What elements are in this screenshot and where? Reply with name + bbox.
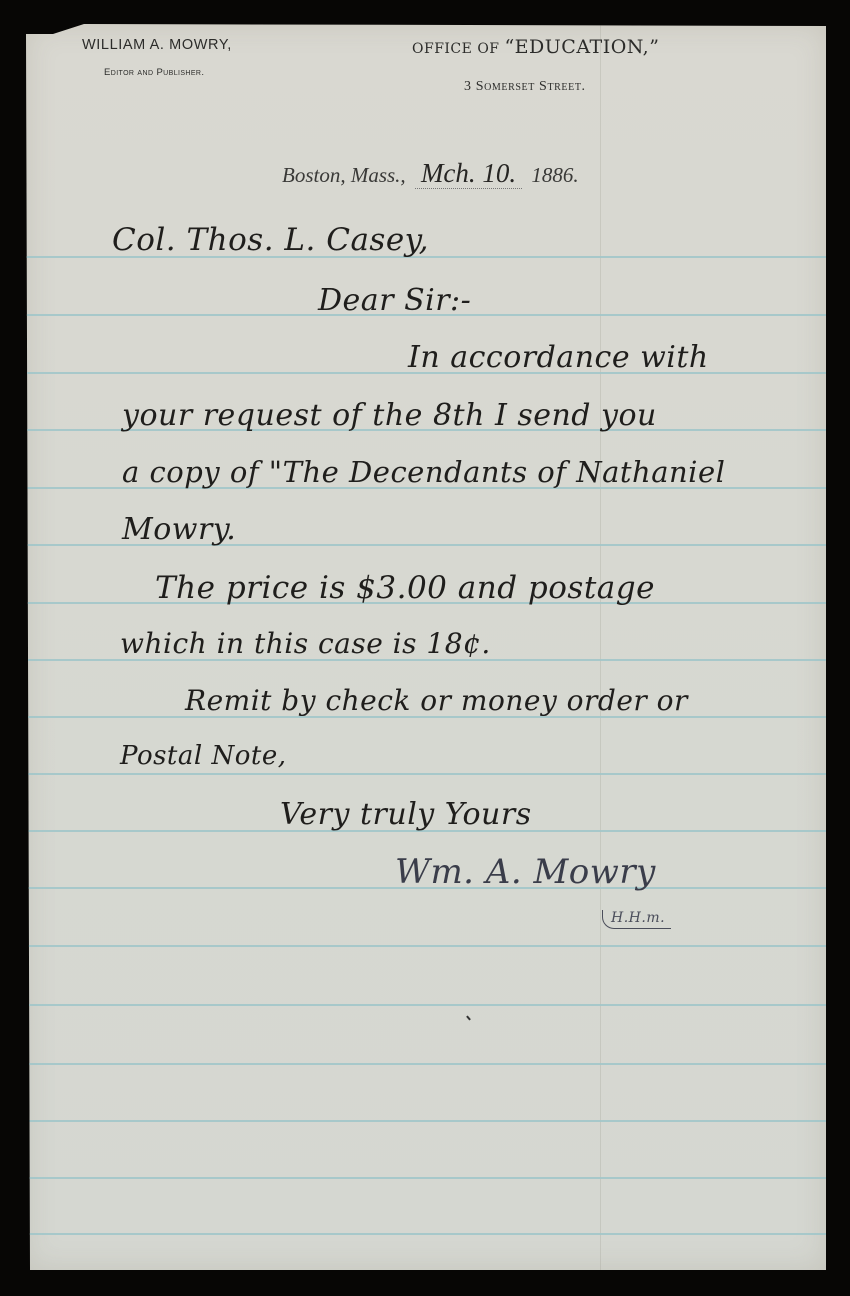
date-place: Boston, Mass., — [282, 163, 406, 187]
ruled-line — [26, 1004, 826, 1006]
ruled-line — [26, 773, 826, 775]
ruled-line — [26, 945, 826, 947]
date-year: 1886. — [531, 163, 578, 187]
paper-fold-line — [600, 24, 601, 1270]
secretary-initials: H.H.m. — [602, 910, 671, 929]
recipient-name: Col. Thos. L. Casey, — [112, 222, 429, 258]
body-line: Postal Note, — [120, 741, 286, 771]
letterhead-name: WILLIAM A. MOWRY, — [82, 37, 232, 53]
dateline: Boston, Mass., Mch. 10. 1886. — [282, 158, 579, 189]
publication-name: “EDUCATION,” — [504, 36, 659, 58]
ruled-line — [26, 1120, 826, 1122]
letterhead-address: 3 Somerset Street. — [464, 79, 586, 95]
body-line: Remit by check or money order or — [185, 684, 688, 717]
body-line: your request of the 8th I send you — [122, 398, 657, 433]
ruled-line — [26, 1177, 826, 1179]
letterhead-title: Editor and Publisher. — [104, 67, 204, 78]
body-line: In accordance with — [408, 340, 709, 375]
office-prefix: OFFICE OF — [412, 41, 504, 57]
body-line: The price is $3.00 and postage — [155, 570, 655, 606]
body-line: a copy of "The Decendants of Nathaniel — [122, 455, 725, 489]
body-line: which in this case is 18¢. — [120, 627, 491, 660]
ruled-line — [26, 1063, 826, 1065]
ink-speck — [466, 1015, 471, 1020]
signature: Wm. A. Mowry — [395, 852, 656, 892]
date-handwritten: Mch. 10. — [415, 158, 522, 189]
closing: Very truly Yours — [280, 797, 532, 832]
letterhead-office: OFFICE OF “EDUCATION,” — [412, 36, 659, 58]
ruled-line — [26, 1233, 826, 1235]
salutation: Dear Sir:- — [318, 283, 471, 318]
body-line: Mowry. — [122, 512, 236, 547]
